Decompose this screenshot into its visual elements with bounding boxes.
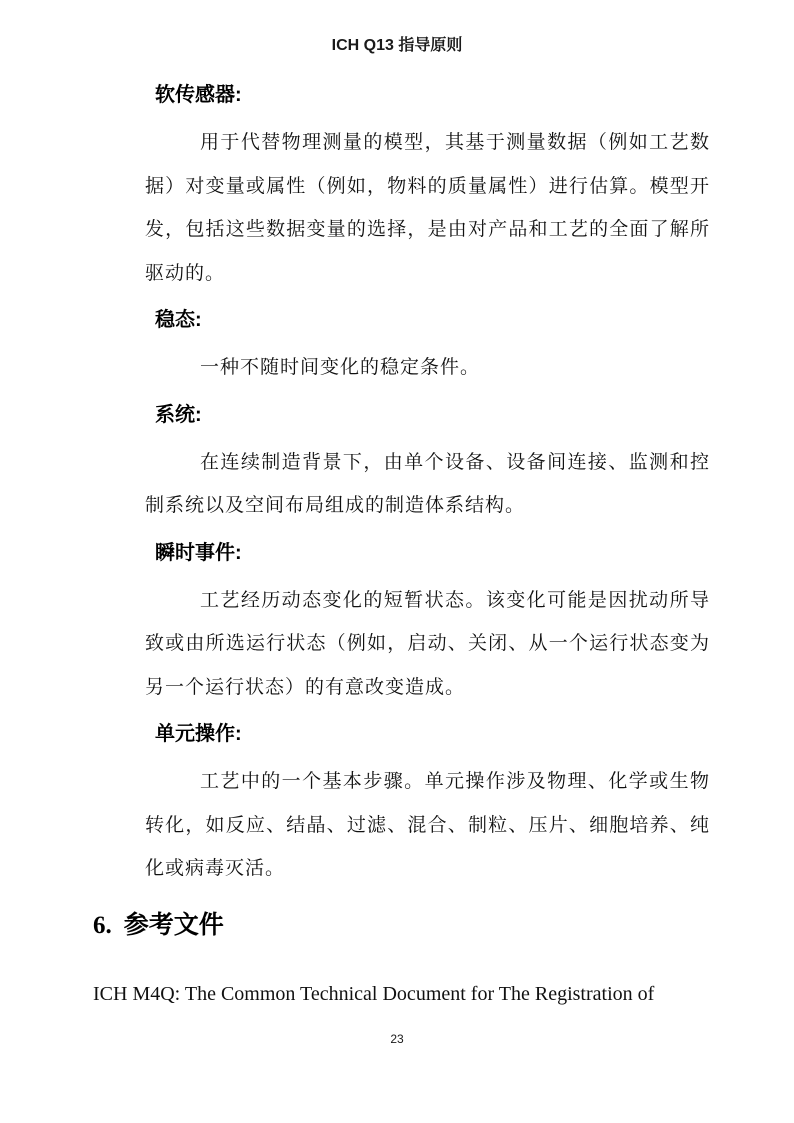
document-page: ICH Q13 指导原则 软传感器: 用于代替物理测量的模型，其基于测量数据（例…	[0, 0, 794, 1123]
term-heading-system: 系统:	[155, 394, 710, 437]
glossary-entry: 稳态: 一种不随时间变化的稳定条件。	[145, 299, 710, 390]
glossary-section: 软传感器: 用于代替物理测量的模型，其基于测量数据（例如工艺数据）对变量或属性（…	[93, 74, 710, 891]
term-heading-steady-state: 稳态:	[155, 299, 710, 342]
references-section-number: 6.	[93, 912, 112, 939]
glossary-entry: 软传感器: 用于代替物理测量的模型，其基于测量数据（例如工艺数据）对变量或属性（…	[145, 74, 710, 295]
page-number: 23	[0, 1032, 794, 1046]
term-definition-steady-state: 一种不随时间变化的稳定条件。	[145, 346, 710, 390]
term-definition-transient-event: 工艺经历动态变化的短暂状态。该变化可能是因扰动所导致或由所选运行状态（例如，启动…	[145, 579, 710, 710]
term-definition-system: 在连续制造背景下，由单个设备、设备间连接、监测和控制系统以及空间布局组成的制造体…	[145, 441, 710, 528]
references-section-heading: 6.参考文件	[93, 909, 710, 943]
term-heading-transient-event: 瞬时事件:	[155, 532, 710, 575]
term-definition-soft-sensor: 用于代替物理测量的模型，其基于测量数据（例如工艺数据）对变量或属性（例如，物料的…	[145, 121, 710, 295]
page-header-title: ICH Q13 指导原则	[0, 0, 794, 56]
term-definition-unit-operation: 工艺中的一个基本步骤。单元操作涉及物理、化学或生物转化，如反应、结晶、过滤、混合…	[145, 760, 710, 891]
glossary-entry: 单元操作: 工艺中的一个基本步骤。单元操作涉及物理、化学或生物转化，如反应、结晶…	[145, 713, 710, 891]
term-heading-unit-operation: 单元操作:	[155, 713, 710, 756]
page-content: 软传感器: 用于代替物理测量的模型，其基于测量数据（例如工艺数据）对变量或属性（…	[0, 74, 794, 1007]
glossary-entry: 系统: 在连续制造背景下，由单个设备、设备间连接、监测和控制系统以及空间布局组成…	[145, 394, 710, 528]
references-section-title: 参考文件	[124, 912, 224, 939]
reference-entry: ICH M4Q: The Common Technical Document f…	[93, 981, 710, 1007]
glossary-entry: 瞬时事件: 工艺经历动态变化的短暂状态。该变化可能是因扰动所导致或由所选运行状态…	[145, 532, 710, 710]
term-heading-soft-sensor: 软传感器:	[155, 74, 710, 117]
